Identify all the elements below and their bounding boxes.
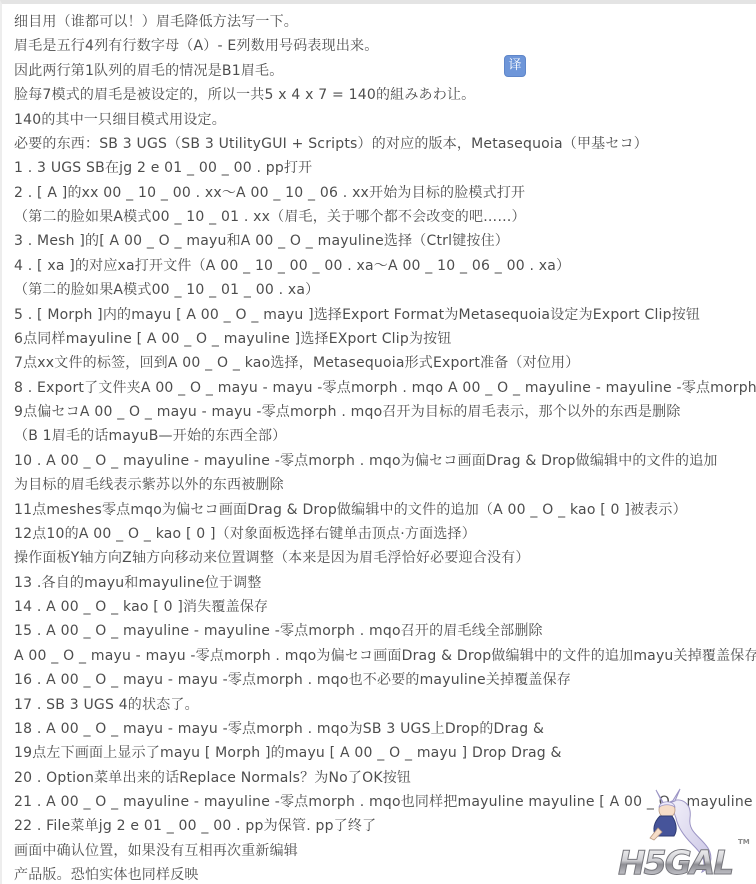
- text-line: （B 1眉毛的话mayuB—开始的东西全部）: [14, 424, 756, 448]
- text-line: 12点10的A 00 _ O _ kao [ 0 ]（对象面板选择右键单击顶点·…: [14, 522, 756, 546]
- text-line: 细目用（谁都可以！）眉毛降低方法写一下。: [14, 10, 756, 34]
- text-line: 19点左下画面上显示了mayu [ Morph ]的mayu [ A 00 _ …: [14, 741, 756, 765]
- text-line: 5 . [ Morph ]内的mayu [ A 00 _ O _ mayu ]选…: [14, 303, 756, 327]
- text-line: 11点meshes零点mqo为偏セコ画面Drag & Drop做编辑中的文件的追…: [14, 498, 756, 522]
- text-line: （第二的脸如果A模式00 _ 10 _ 01 . xx（眉毛，关于哪个都不会改变…: [14, 205, 756, 229]
- document-page: 细目用（谁都可以！）眉毛降低方法写一下。 眉毛是五行4列有行数字母（A）- E列…: [0, 0, 756, 884]
- text-line: 18 . A 00 _ O _ mayu - mayu -零点morph . m…: [14, 717, 756, 741]
- translate-button[interactable]: 译: [504, 55, 526, 77]
- text-line: 16 . A 00 _ O _ mayu - mayu -零点morph . m…: [14, 668, 756, 692]
- text-line: 7点xx文件的标签，回到A 00 _ O _ kao选择，Metasequoia…: [14, 351, 756, 375]
- text-line: 13 .各自的mayu和mayuline位于调整: [14, 571, 756, 595]
- text-line: 8 . Export了文件夹A 00 _ O _ mayu - mayu -零点…: [14, 376, 756, 400]
- text-line: 9点偏セコA 00 _ O _ mayu - mayu -零点morph . m…: [14, 400, 756, 424]
- text-line: 4 . [ xa ]的对应xa打开文件（A 00 _ 10 _ 00 _ 00 …: [14, 254, 756, 278]
- text-line: 6点同样mayuline [ A 00 _ O _ mayuline ]选择EX…: [14, 327, 756, 351]
- text-line: 操作面板Y轴方向Z轴方向移动来位置调整（本来是因为眉毛浮恰好必要迎合没有）: [14, 546, 756, 570]
- text-line: 因此两行第1队列的眉毛的情况是B1眉毛。: [14, 59, 756, 83]
- text-line: 脸每7模式的眉毛是被设定的，所以一共5 x 4 x 7 = 140的組みあわ让。: [14, 83, 756, 107]
- text-line: 140的其中一只细目模式用设定。: [14, 108, 756, 132]
- document-text: 细目用（谁都可以！）眉毛降低方法写一下。 眉毛是五行4列有行数字母（A）- E列…: [14, 8, 756, 884]
- text-line: 眉毛是五行4列有行数字母（A）- E列数用号码表现出来。: [14, 34, 756, 58]
- text-line: （第二的脸如果A模式00 _ 10 _ 01 _ 00 . xa）: [14, 278, 756, 302]
- text-line: 15 . A 00 _ O _ mayuline - mayuline -零点m…: [14, 619, 756, 643]
- logo-tm-mark: TM: [738, 838, 750, 846]
- text-line: 3 . Mesh ]的[ A 00 _ O _ mayu和A 00 _ O _ …: [14, 229, 756, 253]
- text-line: 必要的东西：SB 3 UGS（SB 3 UtilityGUI + Scripts…: [14, 132, 756, 156]
- logo-wordmark: H5GAL: [618, 843, 732, 882]
- text-line: 10 . A 00 _ O _ mayuline - mayuline -零点m…: [14, 449, 756, 473]
- h5gal-logo: H5GAL TM: [612, 788, 752, 884]
- text-line: 20 . Option菜单出来的话Replace Normals？为No了OK按…: [14, 766, 756, 790]
- text-line: 2 . [ A ]的xx 00 _ 10 _ 00 . xx～A 00 _ 10…: [14, 181, 756, 205]
- text-line: 17 . SB 3 UGS 4的状态了。: [14, 693, 756, 717]
- text-line: 1 . 3 UGS SB在jg 2 e 01 _ 00 _ 00 . pp打开: [14, 156, 756, 180]
- text-line: A 00 _ O _ mayu - mayu -零点morph . mqo为偏セ…: [14, 644, 756, 668]
- text-line: 14 . A 00 _ O _ kao [ 0 ]消失覆盖保存: [14, 595, 756, 619]
- text-line: 为目标的眉毛线表示紫苏以外的东西被删除: [14, 473, 756, 497]
